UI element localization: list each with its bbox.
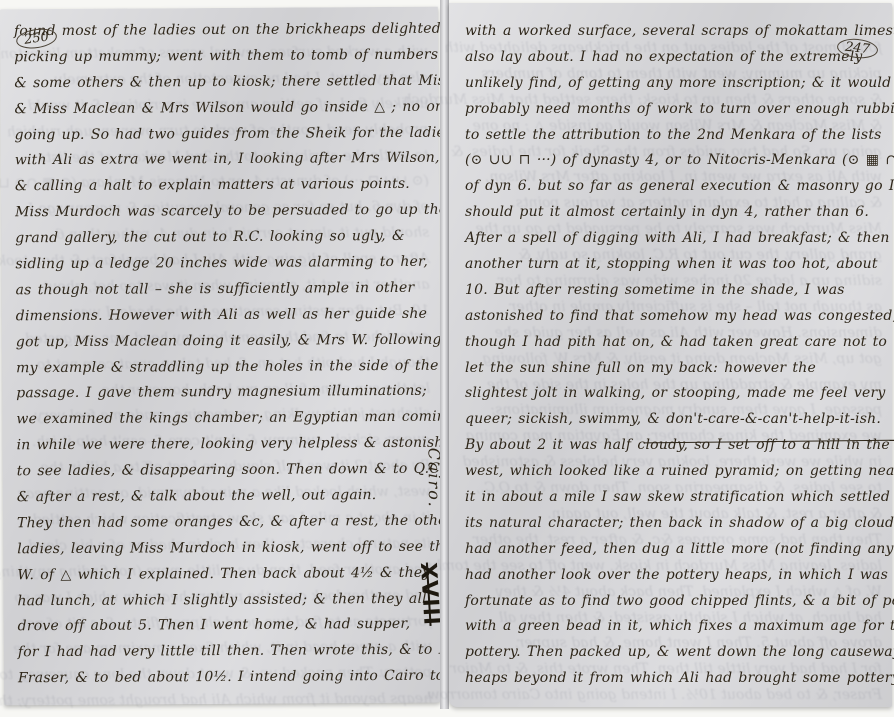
manuscript-line: of dyn 6. but so far as general executio… [465, 174, 882, 200]
manuscript-scan: with a worked surface, several scraps of… [0, 0, 894, 717]
manuscript-line: queer; sickish, swimmy, & don't-care-&-c… [465, 407, 882, 433]
manuscript-line: with a green bead in it, which fixes a m… [465, 614, 882, 640]
manuscript-line: though I had pith hat on, & had taken gr… [465, 330, 882, 356]
manuscript-line: it in about a mile I saw skew stratifica… [465, 485, 882, 511]
manuscript-line: going up. So had two guides from the She… [15, 120, 429, 148]
manuscript-line: astonished to find that somehow my head … [465, 304, 882, 330]
manuscript-line: heaps beyond it from which Ali had broug… [465, 666, 882, 692]
manuscript-line: to see ladies, & disappearing soon. Then… [17, 457, 431, 485]
manuscript-line: They then had some oranges &c, & after a… [17, 509, 431, 537]
manuscript-line: its natural character; then back in shad… [465, 511, 882, 537]
manuscript-line: 10. But after resting sometime in the sh… [465, 278, 882, 304]
manuscript-line: drove off about 5. Then I went home, & h… [18, 612, 432, 640]
manuscript-line: my example & straddling up the holes in … [16, 353, 430, 381]
manuscript-line: ladies, leaving Miss Murdoch in kiosk, w… [17, 535, 431, 563]
manuscript-line: unlikely find, of getting any more inscr… [465, 71, 882, 97]
manuscript-line: we examined the kings chamber; an Egypti… [16, 405, 430, 433]
left-page-text: found most of the ladies out on the bric… [14, 17, 432, 693]
manuscript-line: & some others & then up to kiosk; there … [14, 69, 428, 97]
page-left: with a worked surface, several scraps of… [0, 7, 442, 706]
manuscript-line: got up, Miss Maclean doing it easily, & … [16, 327, 430, 355]
manuscript-line: fortunate as to find two good chipped fl… [465, 589, 882, 615]
manuscript-line: had another look over the pottery heaps,… [465, 563, 882, 589]
manuscript-line: & after a rest, & talk about the well, o… [17, 483, 431, 511]
manuscript-line: After a spell of digging with Ali, I had… [465, 226, 882, 252]
manuscript-line: found most of the ladies out on the bric… [14, 17, 428, 45]
manuscript-line: as though not tall – she is sufficiently… [16, 276, 430, 304]
manuscript-line: pottery. Then packed up, & went down the… [465, 640, 882, 666]
page-right: found most of the ladies out on the bric… [449, 3, 892, 707]
manuscript-line: grand gallery, the cut out to R.C. looki… [15, 224, 429, 252]
manuscript-line: slightest jolt in walking, or stooping, … [465, 381, 882, 407]
manuscript-line: for I had had very little till then. The… [18, 638, 432, 666]
manuscript-line: (⊙ ∪∪ ⊓ ···) of dynasty 4, or to Nitocri… [465, 148, 882, 174]
manuscript-line: probably need months of work to turn ove… [465, 97, 882, 123]
right-page-text: with a worked surface, several scraps of… [465, 19, 882, 692]
manuscript-line: Miss Murdoch was scarcely to be persuade… [15, 198, 429, 226]
manuscript-line: sidling up a ledge 20 inches wide was al… [15, 250, 429, 278]
manuscript-line: also lay about. I had no expectation of … [465, 45, 882, 71]
manuscript-line: to settle the attribution to the 2nd Men… [465, 123, 882, 149]
manuscript-line: & Miss Maclean & Mrs Wilson would go ins… [14, 94, 428, 122]
manuscript-line: with a worked surface, several scraps of… [465, 19, 882, 45]
manuscript-line: with Ali as extra we went in, I looking … [15, 146, 429, 174]
manuscript-line: let the sun shine full on my back: howev… [465, 356, 882, 382]
manuscript-line: W. of △ which I explained. Then back abo… [17, 560, 431, 588]
manuscript-line: west, which looked like a ruined pyramid… [465, 459, 882, 485]
manuscript-line: picking up mummy; went with them to tomb… [14, 43, 428, 71]
manuscript-line: had lunch, at which I slightly assisted;… [17, 586, 431, 614]
manuscript-line: another turn at it, stopping when it was… [465, 252, 882, 278]
manuscript-line: should put it almost certainly in dyn 4,… [465, 200, 882, 226]
manuscript-line: had another feed, then dug a little more… [465, 537, 882, 563]
manuscript-line: passage. I gave them sundry magnesium il… [16, 379, 430, 407]
manuscript-line: in while we were there, looking very hel… [16, 431, 430, 459]
manuscript-line: & calling a halt to explain matters at v… [15, 172, 429, 200]
page-fold-crease [440, 0, 449, 709]
manuscript-line: Fraser, & to bed about 10½. I intend goi… [18, 664, 432, 692]
manuscript-line: dimensions. However with Ali as well as … [16, 302, 430, 330]
manuscript-line: By about 2 it was half cloudy, so I set … [465, 433, 882, 459]
